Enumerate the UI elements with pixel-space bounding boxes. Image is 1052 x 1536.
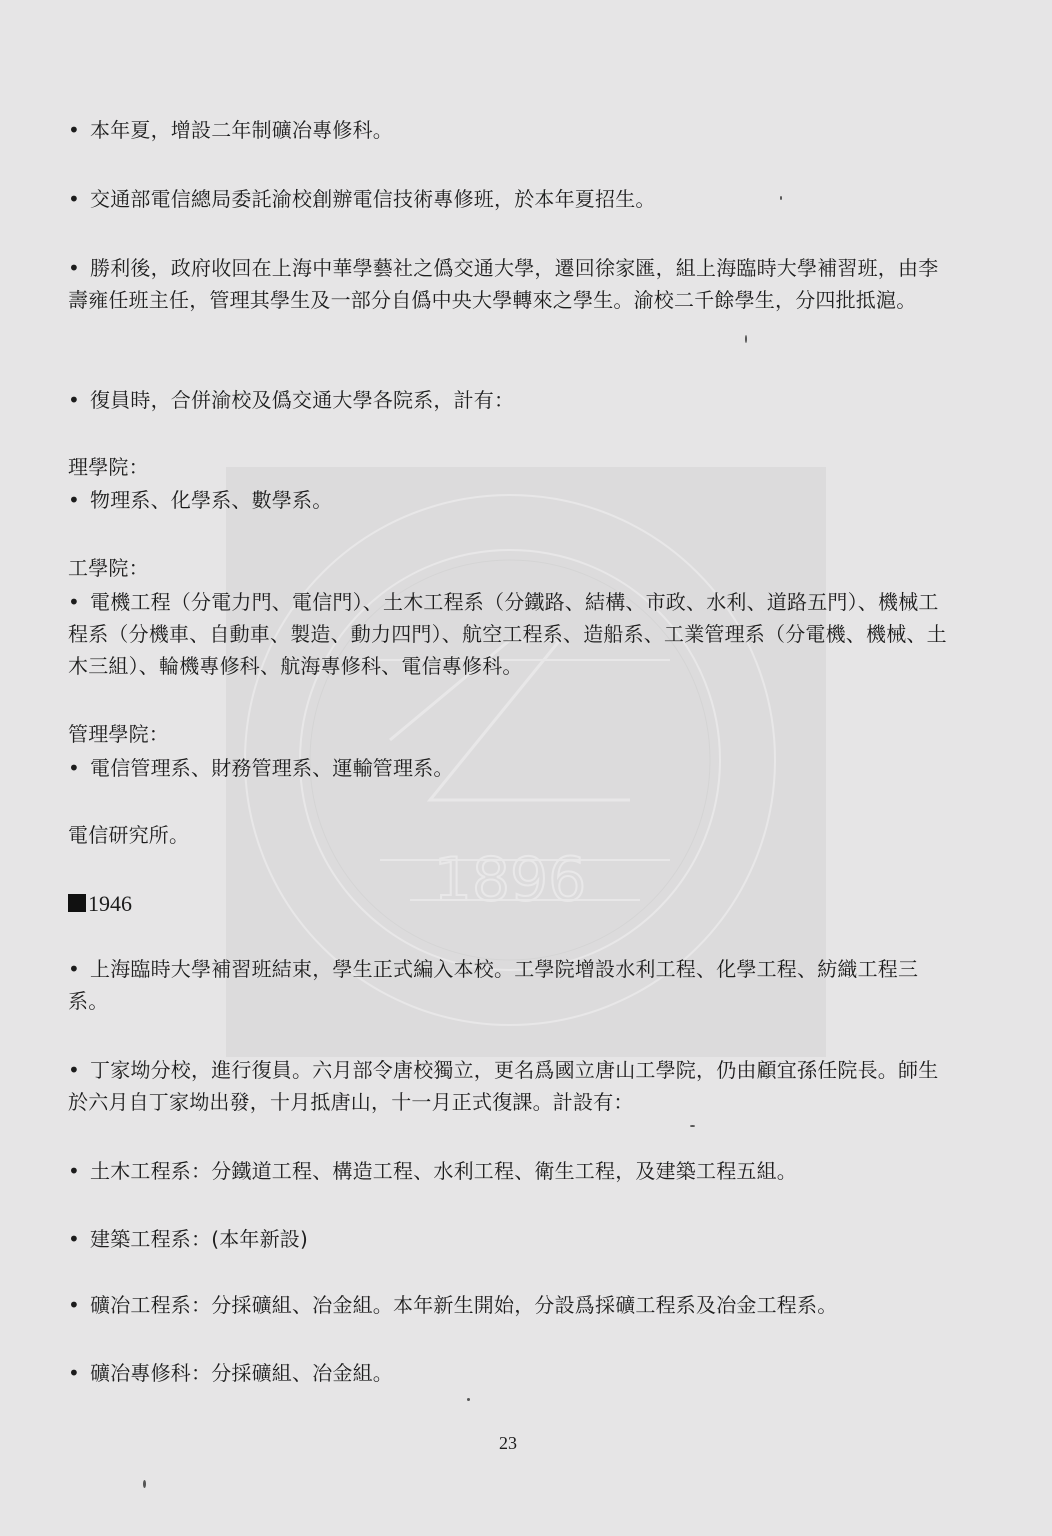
list-item: •礦冶專修科：分採礦組、冶金組。 [68,1357,958,1389]
institute-entry: 電信研究所。 [68,819,189,851]
bullet-icon: • [68,953,90,985]
college-heading: 管理學院： [68,718,169,750]
bullet-icon: • [68,384,90,416]
bullet-icon: • [68,1155,90,1187]
bullet-icon: • [68,183,90,215]
year-heading: 1946 [68,890,132,918]
list-item: •復員時，合併渝校及僞交通大學各院系，計有： [68,384,958,416]
list-item: •本年夏，增設二年制礦冶專修科。 [68,114,958,146]
list-item: •土木工程系：分鐵道工程、構造工程、水利工程、衛生工程，及建築工程五組。 [68,1155,958,1187]
list-item: •勝利後，政府收回在上海中華學藝社之僞交通大學，遷回徐家匯，組上海臨時大學補習班… [68,252,958,316]
list-item: •上海臨時大學補習班結束，學生正式編入本校。工學院增設水利工程、化學工程、紡織工… [68,953,958,1017]
list-item: •建築工程系：(本年新設) [68,1223,958,1255]
department-list: •電機工程（分電力門、電信門）、土木工程系（分鐵路、結構、市政、水利、道路五門）… [68,586,958,682]
list-item: •礦冶工程系：分採礦組、冶金組。本年新生開始，分設爲採礦工程系及冶金工程系。 [68,1289,958,1321]
paper-speck [143,1480,146,1488]
college-heading: 理學院： [68,451,149,483]
bullet-icon: • [68,1054,90,1086]
bullet-icon: • [68,752,90,784]
bullet-icon: • [68,484,90,516]
bullet-icon: • [68,1357,90,1389]
department-list: •電信管理系、財務管理系、運輸管理系。 [68,752,958,784]
paper-speck [690,1125,695,1127]
list-item: •丁家坳分校，進行復員。六月部令唐校獨立，更名爲國立唐山工學院，仍由顧宜孫任院長… [68,1054,958,1118]
college-heading: 工學院： [68,552,149,584]
paper-speck [467,1398,470,1401]
bullet-icon: • [68,1223,90,1255]
department-list: •物理系、化學系、數學系。 [68,484,958,516]
square-marker-icon [68,894,86,912]
bullet-icon: • [68,586,90,618]
bullet-icon: • [68,114,90,146]
svg-text:1896: 1896 [434,845,587,915]
bullet-icon: • [68,1289,90,1321]
bullet-icon: • [68,252,90,284]
paper-speck [745,335,747,343]
paper-speck [780,196,782,200]
page-number: 23 [0,1433,1016,1454]
list-item: •交通部電信總局委託渝校創辦電信技術專修班，於本年夏招生。 [68,183,958,215]
